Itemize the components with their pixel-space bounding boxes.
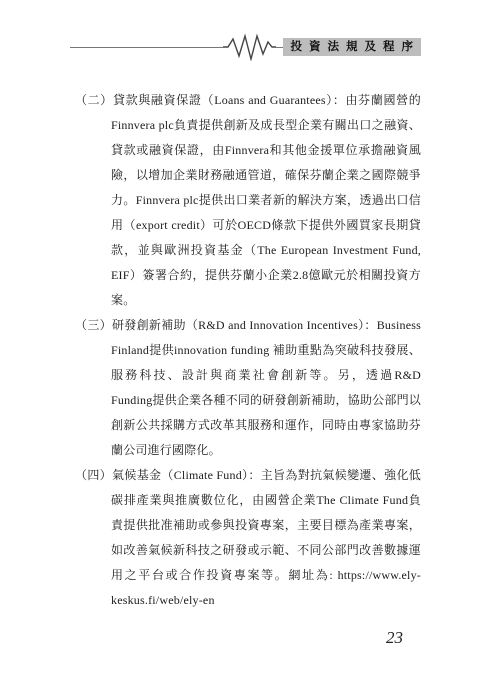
section-marker: （二） <box>75 93 113 107</box>
section-text: 研發創新補助（R&D and Innovation Incentives）：Bu… <box>111 318 421 457</box>
header-rule-left <box>70 47 223 48</box>
document-page: 投資法規及程序 （二）貸款與融資保證（Loans and Guarantees）… <box>0 0 480 679</box>
page-number: 23 <box>386 628 403 648</box>
section-paragraph: （四）氣候基金（Climate Fund）：主旨為對抗氣候變遷、強化低碳排產業與… <box>75 463 421 613</box>
section-paragraph: （二）貸款與融資保證（Loans and Guarantees）：由芬蘭國營的F… <box>75 88 421 313</box>
section-marker: （三） <box>75 318 112 332</box>
page-header: 投資法規及程序 <box>70 32 421 62</box>
section-text: 貸款與融資保證（Loans and Guarantees）：由芬蘭國營的Finn… <box>111 93 421 307</box>
pulse-zigzag-icon <box>223 33 276 61</box>
header-title: 投資法規及程序 <box>283 38 422 56</box>
section-marker: （四） <box>75 468 112 482</box>
body-text: （二）貸款與融資保證（Loans and Guarantees）：由芬蘭國營的F… <box>75 88 421 613</box>
section-paragraph: （三）研發創新補助（R&D and Innovation Incentives）… <box>75 313 421 463</box>
section-text: 氣候基金（Climate Fund）：主旨為對抗氣候變遷、強化低碳排產業與推廣數… <box>111 468 421 607</box>
